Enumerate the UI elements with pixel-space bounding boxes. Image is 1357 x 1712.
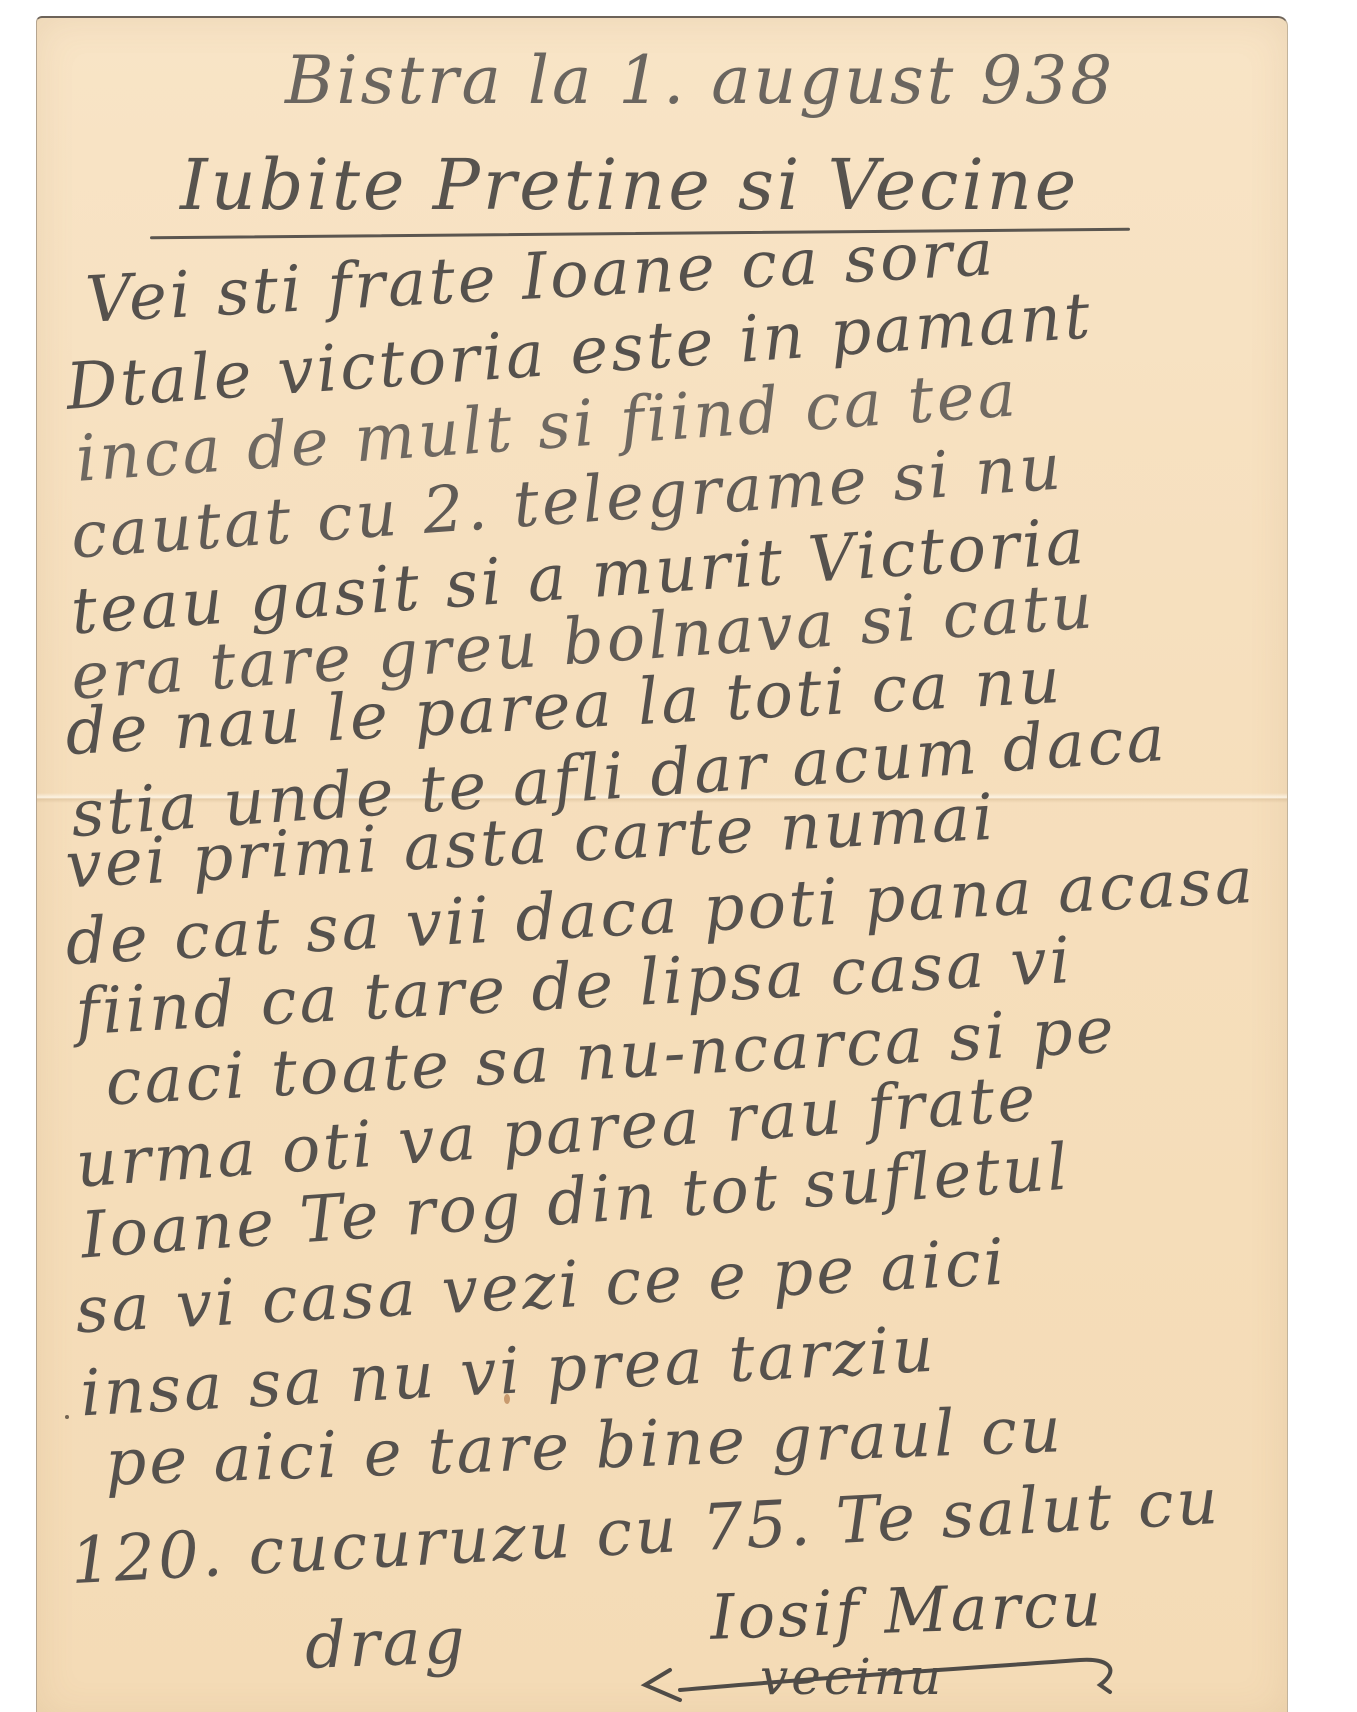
signature-name: Iosif Marcu — [709, 1573, 1105, 1649]
body-line-19: drag — [304, 1609, 469, 1679]
greeting: Iubite Pretine si Vecine — [180, 150, 1079, 220]
place-date: Bistra la 1. august 938 — [285, 48, 1115, 114]
paper-speck — [65, 1415, 69, 1419]
signature-flourish — [640, 1640, 1200, 1710]
